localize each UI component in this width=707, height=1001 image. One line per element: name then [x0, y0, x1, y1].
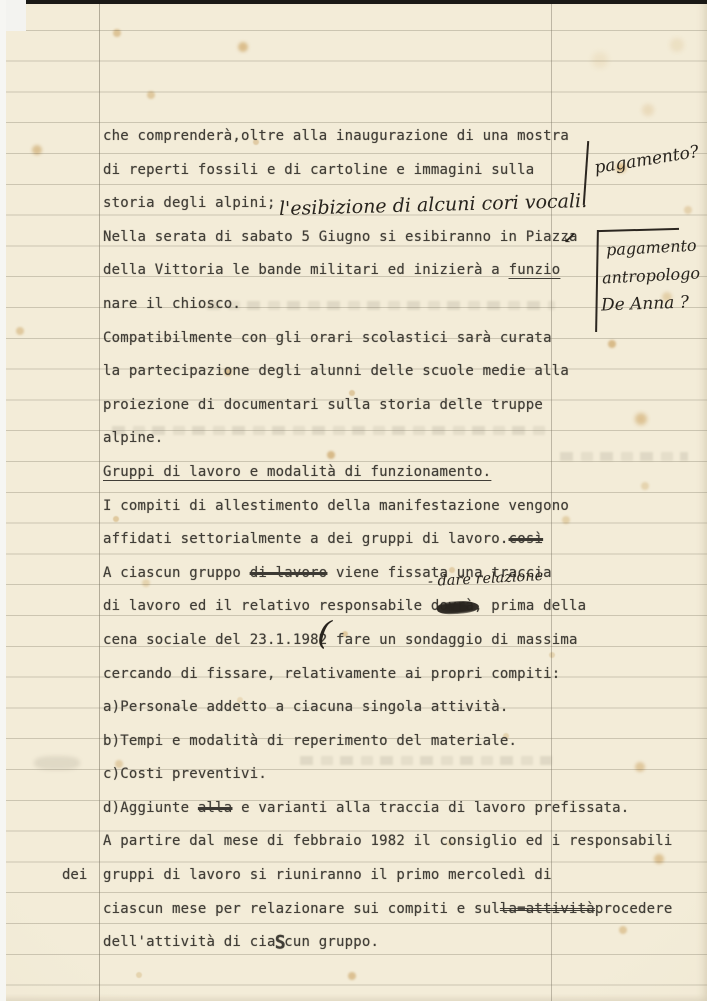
margin-word: dei: [62, 859, 87, 893]
typed-line: I compiti di allestimento della manifest…: [103, 490, 703, 524]
typed-line: cena sociale del 23.1.1982 fare un sonda…: [103, 624, 703, 658]
typed-line: ciascun mese per relazionare sui compiti…: [103, 893, 703, 927]
typed-line: di lavoro ed il relativo responsabile do…: [103, 590, 703, 624]
typed-line: dell'attività di ciaScun gruppo.: [103, 926, 703, 960]
typed-line: c)Costi preventivi.: [103, 758, 703, 792]
scan-edge-left: [0, 0, 6, 1001]
handwritten-margin-note2-line3: De Anna ?: [601, 292, 690, 315]
typed-line: che comprenderà,oltre alla inaugurazione…: [103, 120, 703, 154]
arrow-down-left-icon: ↙: [563, 228, 576, 247]
typed-line: b)Tempi e modalità di reperimento del ma…: [103, 725, 703, 759]
typed-line: A ciascun gruppo di lavoro viene fissata…: [103, 557, 703, 591]
typed-line: Gruppi di lavoro e modalità di funzionam…: [103, 456, 703, 490]
document-page: che comprenderà,oltre alla inaugurazione…: [0, 0, 707, 1001]
typed-line: Compatibilmente con gli orari scolastici…: [103, 322, 703, 356]
typed-line: affidati settorialmente a dei gruppi di …: [103, 523, 703, 557]
typed-line: cercando di fissare, relativamente ai pr…: [103, 658, 703, 692]
typed-line: a)Personale addetto a ciacuna singola at…: [103, 691, 703, 725]
typed-line: d)Aggiunte alla e varianti alla traccia …: [103, 792, 703, 826]
scan-edge-top: [24, 0, 707, 4]
typed-line: proiezione di documentari sulla storia d…: [103, 389, 703, 423]
bleedthrough-mark: [34, 756, 80, 770]
typed-line: alpine.: [103, 422, 703, 456]
typed-line: la partecipazione degli alunni delle scu…: [103, 355, 703, 389]
typed-line: gruppi di lavoro si riuniranno il primo …: [103, 859, 703, 893]
margin-rule-left: [99, 0, 100, 1001]
typed-line: A partire dal mese di febbraio 1982 il c…: [103, 825, 703, 859]
